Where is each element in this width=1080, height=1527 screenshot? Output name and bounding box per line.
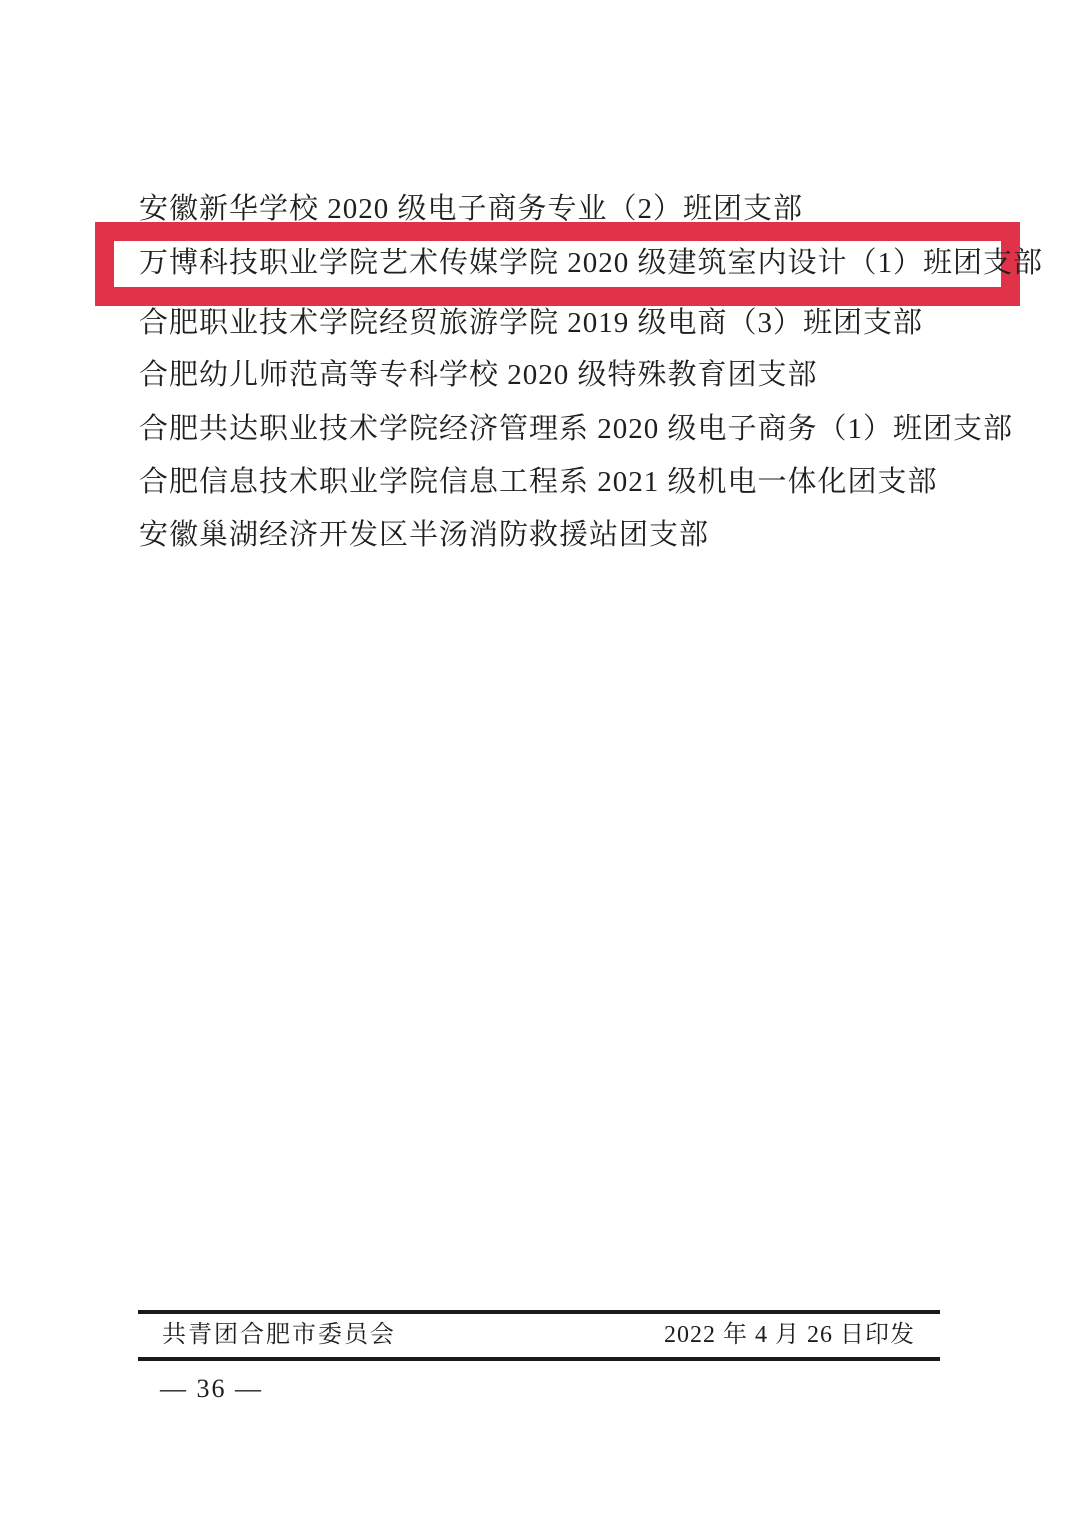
scanned-document-page: 安徽新华学校 2020 级电子商务专业（2）班团支部 万博科技职业学院艺术传媒学… bbox=[0, 0, 1080, 1527]
list-item: 合肥职业技术学院经贸旅游学院 2019 级电商（3）班团支部 bbox=[139, 306, 1039, 341]
footer-print-date: 2022 年 4 月 26 日印发 bbox=[664, 1320, 915, 1350]
page-number: — 36 — bbox=[160, 1374, 263, 1404]
footer-issuer: 共青团合肥市委员会 bbox=[162, 1320, 396, 1350]
footer: 共青团合肥市委员会 2022 年 4 月 26 日印发 bbox=[138, 1320, 940, 1350]
footer-top-rule bbox=[138, 1310, 940, 1314]
footer-bottom-rule bbox=[138, 1357, 940, 1361]
list-item-highlighted: 万博科技职业学院艺术传媒学院 2020 级建筑室内设计（1）班团支部 bbox=[139, 246, 1039, 281]
list-item: 合肥共达职业技术学院经济管理系 2020 级电子商务（1）班团支部 bbox=[139, 412, 1039, 447]
list-item: 安徽巢湖经济开发区半汤消防救援站团支部 bbox=[139, 518, 1039, 553]
list-item: 合肥信息技术职业学院信息工程系 2021 级机电一体化团支部 bbox=[139, 465, 1039, 500]
list-item: 合肥幼儿师范高等专科学校 2020 级特殊教育团支部 bbox=[139, 358, 1039, 393]
